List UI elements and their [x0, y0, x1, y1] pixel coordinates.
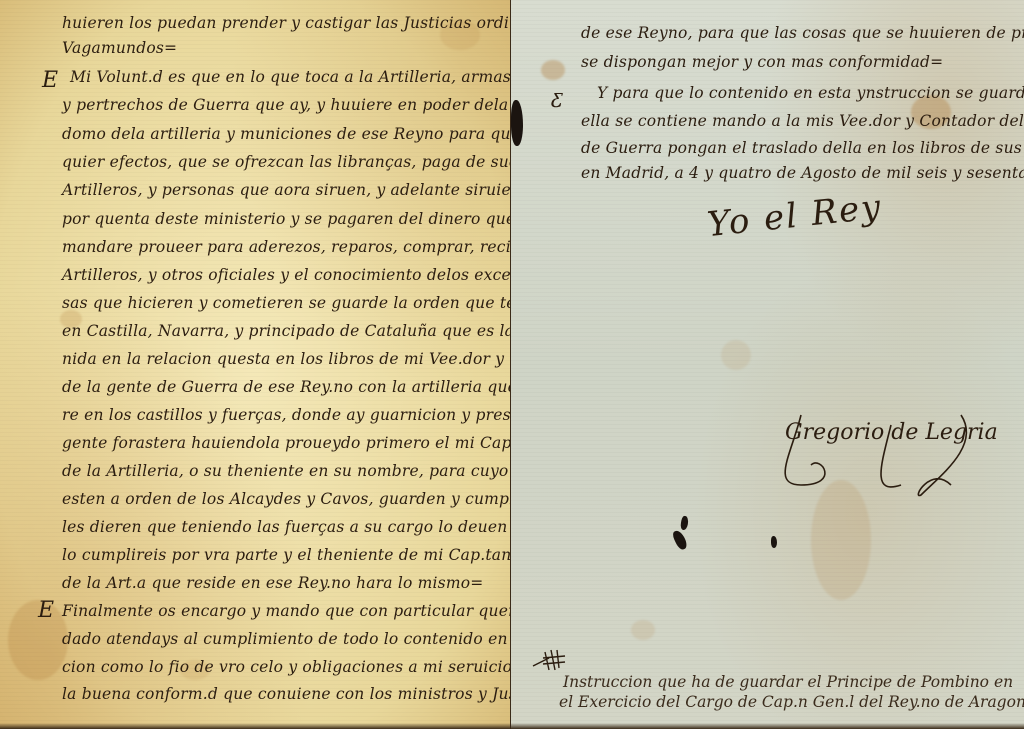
text-line: de ese Reyno, para que las cosas que se …: [581, 24, 1024, 42]
text-line: mandare proueer para aderezos, reparos, …: [62, 238, 511, 256]
text-line: Artilleros, y otros oficiales y el conoc…: [62, 266, 511, 284]
paper-damage: [680, 515, 689, 530]
secretary-signature: Gregorio de Legria: [785, 420, 998, 445]
text-line: ella se contiene mando a la mis Vee.dor …: [581, 112, 1024, 130]
royal-signature: Yo el Rey: [705, 187, 884, 245]
rubric-mark-icon: [531, 644, 579, 674]
margin-mark: E: [42, 68, 58, 93]
manuscript-spread: E E huieren los puedan prender y castiga…: [0, 0, 1024, 729]
endorsement-line: el Exercicio del Cargo de Cap.n Gen.l de…: [559, 692, 1024, 712]
text-line: les dieren que teniendo las fuerças a su…: [62, 518, 511, 536]
text-line: domo dela artilleria y municiones de ese…: [62, 125, 511, 143]
text-line: dado atendays al cumplimiento de todo lo…: [62, 630, 511, 648]
endorsement-line: Instruccion que ha de guardar el Princip…: [563, 672, 1024, 692]
text-line: de la Artilleria, o su theniente en su n…: [62, 462, 511, 480]
text-line: de la gente de Guerra de ese Rey.no con …: [62, 378, 511, 396]
text-line: gente forastera hauiendola proueydo prim…: [62, 434, 511, 452]
text-line: en Castilla, Navarra, y principado de Ca…: [62, 322, 511, 340]
text-line: Mi Volunt.d es que en lo que toca a la A…: [70, 68, 511, 86]
paper-damage: [671, 529, 689, 551]
text-line: Vagamundos=: [62, 39, 177, 57]
text-line: por quenta deste ministerio y se pagaren…: [62, 210, 511, 228]
paper-damage: [771, 536, 777, 548]
paper-damage: [511, 100, 523, 146]
text-line: lo cumplireis por vra parte y el thenien…: [62, 546, 511, 564]
text-line: de Guerra pongan el traslado della en lo…: [581, 139, 1024, 157]
text-line: la buena conform.d que conuiene con los …: [62, 685, 511, 703]
text-line: y pertrechos de Guerra que ay, y huuiere…: [62, 96, 511, 114]
text-line: re en los castillos y fuerças, donde ay …: [62, 406, 511, 424]
text-line: esten a orden de los Alcaydes y Cavos, g…: [62, 490, 511, 508]
right-page: ƹ de ese Reyno, para que las cosas que s…: [511, 0, 1024, 729]
left-page: E E huieren los puedan prender y castiga…: [0, 0, 511, 729]
text-line: nida en la relacion questa en los libros…: [62, 350, 511, 368]
text-line: en Madrid, a 4 y quatro de Agosto de mil…: [581, 164, 1024, 182]
margin-mark: E: [38, 598, 54, 623]
margin-mark: ƹ: [551, 84, 562, 108]
text-line: huieren los puedan prender y castigar la…: [62, 14, 511, 32]
text-line: cion como lo fio de vro celo y obligacio…: [62, 658, 511, 676]
text-line: quier efectos, que se ofrezcan las libra…: [62, 153, 511, 171]
text-line: sas que hicieren y cometieren se guarde …: [62, 294, 511, 312]
endorsement: Instruccion que ha de guardar el Princip…: [563, 672, 1024, 712]
text-line: Finalmente os encargo y mando que con pa…: [62, 602, 511, 620]
text-line: se dispongan mejor y con mas conformidad…: [581, 53, 943, 71]
text-line: Artilleros, y personas que aora siruen, …: [62, 181, 511, 199]
text-line: de la Art.a que reside en ese Rey.no har…: [62, 574, 483, 592]
text-line: Y para que lo contenido en esta ynstrucc…: [597, 84, 1024, 102]
